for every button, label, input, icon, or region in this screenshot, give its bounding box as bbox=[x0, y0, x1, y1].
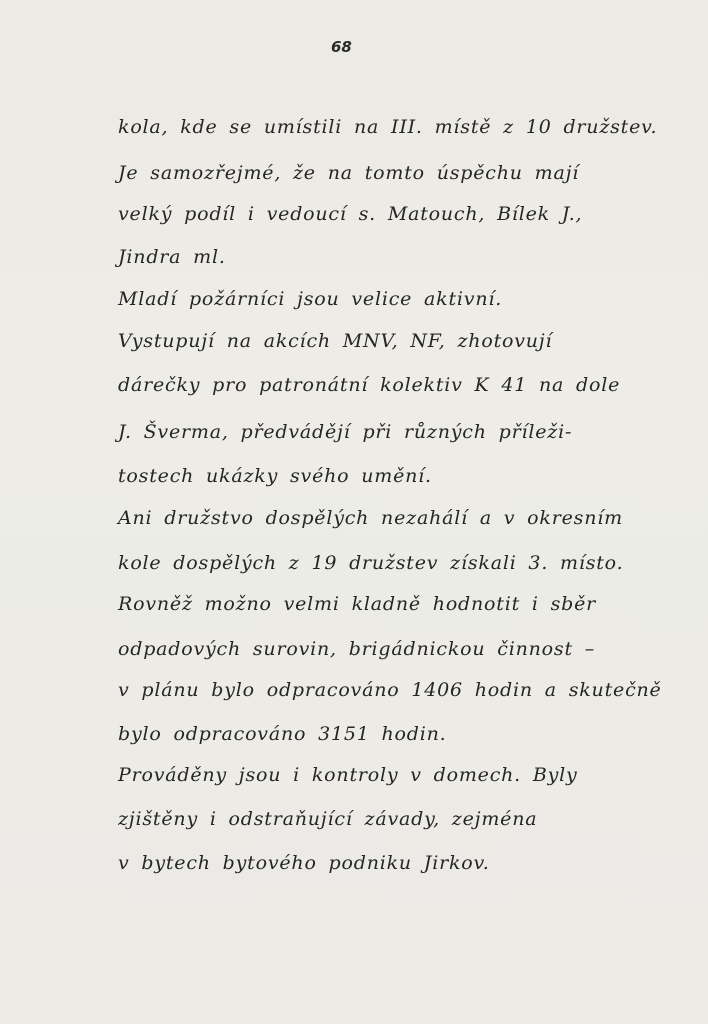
text-line: Vystupují na akcích MNV, NF, zhotovují bbox=[118, 330, 552, 352]
text-line: Mladí požárníci jsou velice aktivní. bbox=[118, 288, 502, 310]
text-line: J. Šverma, předvádějí při různých přílež… bbox=[118, 421, 572, 443]
text-line: velký podíl i vedoucí s. Matouch, Bílek … bbox=[118, 203, 582, 225]
text-line: kola, kde se umístili na III. místě z 10… bbox=[118, 116, 657, 138]
handwritten-document-page: 68 kola, kde se umístili na III. místě z… bbox=[0, 0, 708, 1024]
text-line: v plánu bylo odpracováno 1406 hodin a sk… bbox=[118, 679, 662, 701]
text-line: kole dospělých z 19 družstev získali 3. … bbox=[118, 552, 623, 574]
text-line: Ani družstvo dospělých nezahálí a v okre… bbox=[118, 507, 623, 529]
text-line: Prováděny jsou i kontroly v domech. Byly bbox=[118, 764, 578, 786]
page-number: 68 bbox=[331, 38, 352, 56]
text-line: odpadových surovin, brigádnickou činnost… bbox=[118, 638, 595, 660]
text-line: v bytech bytového podniku Jirkov. bbox=[118, 852, 490, 874]
text-line: tostech ukázky svého umění. bbox=[118, 465, 432, 487]
text-line: Je samozřejmé, že na tomto úspěchu mají bbox=[118, 162, 579, 184]
text-line: dárečky pro patronátní kolektiv K 41 na … bbox=[118, 374, 620, 396]
text-line: Rovněž možno velmi kladně hodnotit i sbě… bbox=[118, 593, 596, 615]
text-line: Jindra ml. bbox=[118, 246, 226, 268]
text-line: bylo odpracováno 3151 hodin. bbox=[118, 723, 446, 745]
text-line: zjištěny i odstraňující závady, zejména bbox=[118, 808, 537, 830]
